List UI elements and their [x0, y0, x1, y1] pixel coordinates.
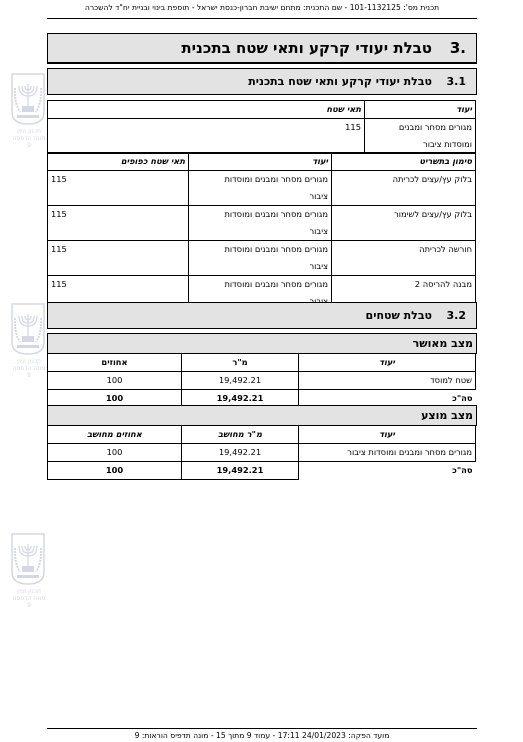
- document-header: תכנית מס': 101-1132125 - שם התכנית: מתחם…: [47, 0, 477, 19]
- pct-cell: 100: [48, 372, 182, 390]
- proposed-areas-table: יעוד מ"ר מחושב אחוזים מחושב מגורים מסחר …: [47, 425, 476, 480]
- section-number: .3: [432, 39, 466, 57]
- column-header: יעוד: [365, 101, 476, 119]
- watermark-line1: תכנון זמין: [17, 128, 41, 135]
- column-header: סימון בתשריט: [332, 153, 476, 171]
- watermark-line2: מונה הדפסה 9: [13, 135, 46, 149]
- total-pct: 100: [48, 462, 182, 480]
- section-title: טבלת יעודי קרקע ותאי שטח בתכנית: [181, 39, 432, 57]
- use-cell: שטח למוסד: [299, 372, 476, 390]
- mark-cell: בלוק עץ/עצים לשימור: [332, 206, 476, 241]
- table-row: שטח למוסד 19,492.21 100: [48, 372, 476, 390]
- watermark: תכנון זמיןמונה הדפסה 9: [10, 72, 46, 146]
- section-3-1-heading: 3.1 טבלת יעודי קרקע ותאי שטח בתכנית: [47, 68, 477, 95]
- pct-cell: 100: [48, 444, 182, 462]
- plan-markings-table: סימון בתשריט יעוד תאי שטח כפופים בלוק עץ…: [47, 152, 476, 311]
- cells-cell: 115: [48, 171, 189, 206]
- document-footer: מועד הפקה: 24/01/2023 17:11 - עמוד 9 מתו…: [47, 728, 477, 742]
- watermark-line2: מונה הדפסה 9: [13, 595, 46, 609]
- total-label: סה"כ: [299, 462, 476, 480]
- cells-cell: 115: [48, 206, 189, 241]
- column-header: מ"ר מחושב: [182, 426, 299, 444]
- column-header: יעוד: [299, 354, 476, 372]
- column-header: אחוזים: [48, 354, 182, 372]
- use-cell: מגורים מסחר ומבניםומוסדות ציבור: [365, 119, 476, 154]
- column-header: תאי שטח: [48, 101, 365, 119]
- watermark-line2: מונה הדפסה 9: [13, 365, 46, 379]
- approved-state-heading: מצב מאושר: [47, 333, 477, 354]
- menorah-emblem-icon: [10, 72, 46, 126]
- section-3-2-heading: 3.2 טבלת שטחים: [47, 302, 477, 329]
- cells-cell: 115: [48, 119, 365, 154]
- section-3-heading: .3 טבלת יעודי קרקע ותאי שטח בתכנית: [47, 33, 477, 64]
- use-cell: מגורים מסחר ומבנים ומוסדותציבור: [189, 171, 332, 206]
- section-title: טבלת שטחים: [366, 309, 432, 322]
- column-header: תאי שטח כפופים: [48, 153, 189, 171]
- watermark: תכנון זמיןמונה הדפסה 9: [10, 532, 46, 606]
- table-row: חורשה לכריתה מגורים מסחר ומבנים ומוסדותצ…: [48, 241, 476, 276]
- use-cell: מגורים מסחר ומבנים ומוסדותציבור: [189, 241, 332, 276]
- menorah-emblem-icon: [10, 302, 46, 356]
- menorah-emblem-icon: [10, 532, 46, 586]
- proposed-state-heading: מצב מוצע: [47, 405, 477, 426]
- watermark-line1: תכנון זמין: [17, 358, 41, 365]
- table-row: מגורים מסחר ומבניםומוסדות ציבור 115: [48, 119, 476, 154]
- watermark-line1: תכנון זמין: [17, 588, 41, 595]
- section-title: טבלת יעודי קרקע ותאי שטח בתכנית: [248, 75, 432, 88]
- column-header: יעוד: [189, 153, 332, 171]
- column-header: יעוד: [299, 426, 476, 444]
- table-row: בלוק עץ/עצים לשימור מגורים מסחר ומבנים ו…: [48, 206, 476, 241]
- sqm-cell: 19,492.21: [182, 372, 299, 390]
- cells-cell: 115: [48, 241, 189, 276]
- table-row: מגורים מסחר ומבנים ומוסדות ציבור 19,492.…: [48, 444, 476, 462]
- section-number: 3.1: [432, 75, 466, 88]
- sqm-cell: 19,492.21: [182, 444, 299, 462]
- total-row: סה"כ 19,492.21 100: [48, 462, 476, 480]
- mark-cell: בלוק עץ/עצים לכריתה: [332, 171, 476, 206]
- total-sqm: 19,492.21: [182, 462, 299, 480]
- section-number: 3.2: [432, 309, 466, 322]
- watermark: תכנון זמיןמונה הדפסה 9: [10, 302, 46, 376]
- land-use-cells-table: יעוד תאי שטח מגורים מסחר ומבניםומוסדות צ…: [47, 100, 476, 154]
- use-cell: מגורים מסחר ומבנים ומוסדותציבור: [189, 206, 332, 241]
- column-header: אחוזים מחושב: [48, 426, 182, 444]
- use-cell: מגורים מסחר ומבנים ומוסדות ציבור: [299, 444, 476, 462]
- table-row: בלוק עץ/עצים לכריתה מגורים מסחר ומבנים ו…: [48, 171, 476, 206]
- approved-areas-table: יעוד מ"ר אחוזים שטח למוסד 19,492.21 100 …: [47, 353, 476, 408]
- column-header: מ"ר: [182, 354, 299, 372]
- mark-cell: חורשה לכריתה: [332, 241, 476, 276]
